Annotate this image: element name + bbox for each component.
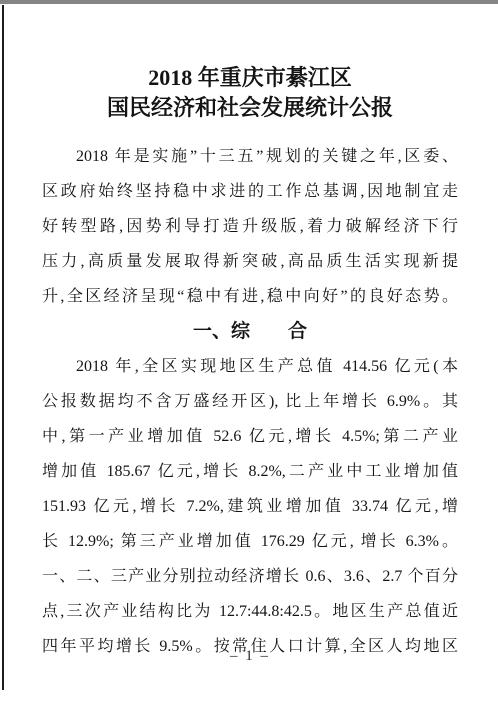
document-title: 2018 年重庆市綦江区 国民经济和社会发展统计公报: [42, 63, 458, 123]
text-line: 公报数据均不含万盛经开区), 比上年增长 6.9%。其: [42, 384, 458, 419]
text-line: 2018 年是实施”十三五”规划的关键之年,区委、: [42, 139, 458, 174]
text-line: 中,第一产业增加值 52.6 亿元,增长 4.5%;第二产业: [42, 419, 458, 454]
text-line: 长 12.9%; 第三产业增加值 176.29 亿元, 增长 6.3%。: [42, 524, 458, 559]
intro-paragraph: 2018 年是实施”十三五”规划的关键之年,区委、 区政府始终坚持稳中求进的工作…: [42, 139, 458, 314]
text-line: 增加值 185.67 亿元,增长 8.2%,二产业中工业增加值: [42, 454, 458, 489]
text-line: 好转型路,因势利导打造升级版,着力破解经济下行: [42, 209, 458, 244]
text-line: 2018 年,全区实现地区生产总值 414.56 亿元(本: [42, 349, 458, 384]
text-line: 压力,高质量发展取得新突破,高品质生活实现新提: [42, 244, 458, 279]
page-number: – 1 –: [42, 648, 458, 665]
text-line: 升,全区经济呈现“稳中有进,稳中向好”的良好态势。: [42, 279, 458, 314]
text-line: 点,三次产业结构比为 12.7:44.8:42.5。地区生产总值近: [42, 594, 458, 629]
document-page: 2018 年重庆市綦江区 国民经济和社会发展统计公报 2018 年是实施”十三五…: [42, 0, 458, 664]
text-line: 一、二、三产业分别拉动经济增长 0.6、3.6、2.7 个百分: [42, 559, 458, 594]
title-line-2: 国民经济和社会发展统计公报: [42, 93, 458, 123]
text-line: 151.93 亿元,增长 7.2%,建筑业增加值 33.74 亿元,增: [42, 489, 458, 524]
text-line: 区政府始终坚持稳中求进的工作总基调,因地制宜走: [42, 174, 458, 209]
section-heading-overview: 一、综 合: [42, 314, 458, 349]
section1-paragraph: 2018 年,全区实现地区生产总值 414.56 亿元(本 公报数据均不含万盛经…: [42, 349, 458, 664]
scan-left-edge: [2, 5, 4, 690]
title-line-1: 2018 年重庆市綦江区: [42, 63, 458, 93]
